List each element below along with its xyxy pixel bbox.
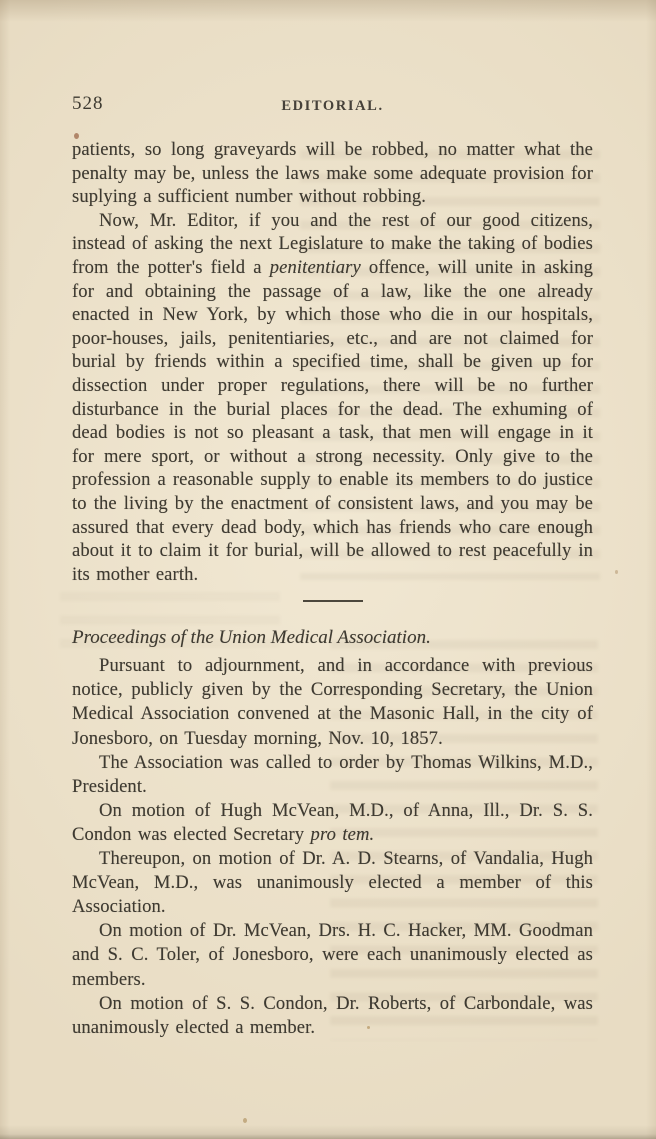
paragraph: On motion of Dr. McVean, Drs. H. C. Hack… — [72, 919, 593, 991]
paragraph: On motion of Hugh McVean, M.D., of Anna,… — [72, 799, 593, 847]
text-run: On motion of Dr. McVean, Drs. H. C. Hack… — [72, 920, 593, 989]
paragraph: Pursuant to adjournment, and in accordan… — [72, 654, 593, 750]
paragraph: On motion of S. S. Condon, Dr. Roberts, … — [72, 992, 593, 1040]
text-run: Pursuant to adjournment, and in accordan… — [72, 655, 593, 748]
text-run: Thereupon, on motion of Dr. A. D. Stearn… — [72, 848, 593, 917]
text-block: 528 EDITORIAL. patients, so long graveya… — [72, 95, 593, 1040]
page-header: 528 EDITORIAL. — [72, 95, 593, 118]
italic-text: pro tem. — [311, 824, 375, 845]
paragraph: Now, Mr. Editor, if you and the rest of … — [72, 209, 593, 587]
page-number: 528 — [72, 93, 104, 115]
text-run: patients, so long graveyards will be rob… — [72, 139, 593, 207]
section-divider-rule — [303, 600, 363, 602]
scanned-book-page: 528 EDITORIAL. patients, so long graveya… — [0, 0, 656, 1139]
text-run: The Association was called to order by T… — [72, 752, 593, 797]
running-head: EDITORIAL. — [72, 95, 593, 115]
paragraph: The Association was called to order by T… — [72, 751, 593, 799]
paper-speck — [243, 1118, 247, 1123]
paragraph: Thereupon, on motion of Dr. A. D. Stearn… — [72, 847, 593, 919]
text-run: On motion of S. S. Condon, Dr. Roberts, … — [72, 993, 593, 1038]
proceedings-section: Pursuant to adjournment, and in accordan… — [72, 654, 593, 1040]
text-run: offence, will unite in asking for and ob… — [72, 257, 593, 585]
article-heading: Proceedings of the Union Medical Associa… — [72, 627, 593, 649]
italic-text: penitentiary — [270, 257, 361, 278]
editorial-continuation-section: patients, so long graveyards will be rob… — [72, 138, 593, 586]
paragraph: patients, so long graveyards will be rob… — [72, 138, 593, 209]
paper-speck — [615, 570, 618, 574]
